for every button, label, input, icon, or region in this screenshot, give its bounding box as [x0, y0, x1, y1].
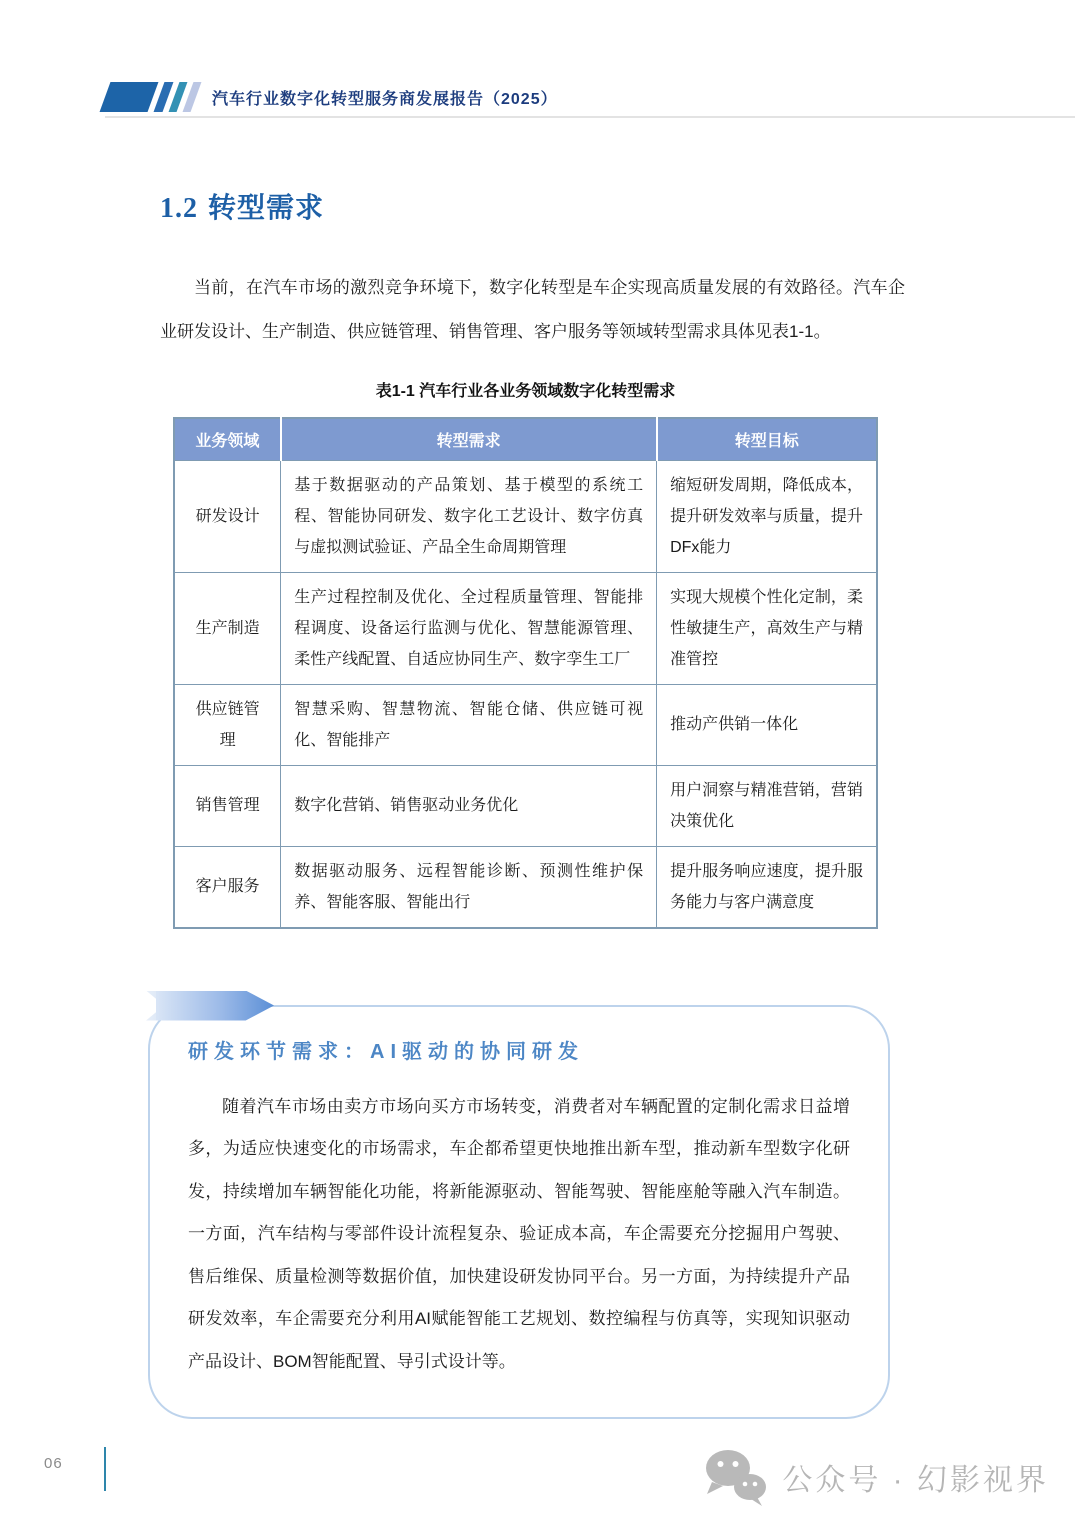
- row-domain: 客户服务: [174, 846, 281, 928]
- row-goals: 实现大规模个性化定制，柔性敏捷生产，高效生产与精准管控: [657, 572, 877, 684]
- section-title: 转型需求: [208, 192, 324, 223]
- section-number: 1.2: [160, 193, 198, 224]
- table-row: 研发设计 基于数据驱动的产品策划、基于模型的系统工程、智能协同研发、数字化工艺设…: [174, 460, 877, 572]
- intro-paragraph: 当前，在汽车市场的激烈竞争环境下，数字化转型是车企实现高质量发展的有效路径。汽车…: [160, 266, 905, 354]
- running-header: 汽车行业数字化转型服务商发展报告（2025）: [105, 84, 1075, 118]
- page-content: 1.2转型需求 当前，在汽车市场的激烈竞争环境下，数字化转型是车企实现高质量发展…: [160, 120, 905, 1419]
- table-row: 生产制造 生产过程控制及优化、全过程质量管理、智能排程调度、设备运行监测与优化、…: [174, 572, 877, 684]
- table-row: 销售管理 数字化营销、销售驱动业务优化 用户洞察与精准营销，营销决策优化: [174, 765, 877, 846]
- ribbon-arrow-icon: [156, 991, 274, 1021]
- header-business-domain: 业务领域: [174, 418, 281, 460]
- row-domain: 生产制造: [174, 572, 281, 684]
- footer-divider: [104, 1447, 106, 1491]
- section-heading: 1.2转型需求: [160, 186, 905, 226]
- table-header-row: 业务领域 转型需求 转型目标: [174, 418, 877, 460]
- table-row: 客户服务 数据驱动服务、远程智能诊断、预测性维护保养、智能客服、智能出行 提升服…: [174, 846, 877, 928]
- watermark-text: 公众号 · 幻影视界: [782, 1455, 1049, 1499]
- report-logo-icon: [105, 82, 196, 112]
- report-page: 汽车行业数字化转型服务商发展报告（2025） 1.2转型需求 当前，在汽车市场的…: [0, 0, 1075, 1518]
- header-transformation-goals: 转型目标: [657, 418, 877, 460]
- callout-body: 随着汽车市场由卖方市场向买方市场转变，消费者对车辆配置的定制化需求日益增多，为适…: [188, 1086, 850, 1384]
- page-number: 06: [44, 1455, 63, 1472]
- report-title: 汽车行业数字化转型服务商发展报告（2025）: [212, 86, 558, 109]
- row-needs: 智慧采购、智慧物流、智能仓储、供应链可视化、智能排产: [281, 684, 657, 765]
- row-needs: 数字化营销、销售驱动业务优化: [281, 765, 657, 846]
- logo-block: [100, 82, 159, 112]
- row-goals: 提升服务响应速度，提升服务能力与客户满意度: [657, 846, 877, 928]
- row-goals: 推动产供销一体化: [657, 684, 877, 765]
- transformation-needs-table: 业务领域 转型需求 转型目标 研发设计 基于数据驱动的产品策划、基于模型的系统工…: [173, 417, 878, 929]
- table-row: 供应链管理 智慧采购、智慧物流、智能仓储、供应链可视化、智能排产 推动产供销一体…: [174, 684, 877, 765]
- row-needs: 数据驱动服务、远程智能诊断、预测性维护保养、智能客服、智能出行: [281, 846, 657, 928]
- row-domain: 研发设计: [174, 460, 281, 572]
- header-transformation-needs: 转型需求: [281, 418, 657, 460]
- table-caption: 表1-1 汽车行业各业务领域数字化转型需求: [173, 378, 878, 401]
- row-goals: 用户洞察与精准营销，营销决策优化: [657, 765, 877, 846]
- watermark: 公众号 · 幻影视界: [704, 1448, 1049, 1506]
- row-needs: 生产过程控制及优化、全过程质量管理、智能排程调度、设备运行监测与优化、智慧能源管…: [281, 572, 657, 684]
- rd-needs-callout: 研发环节需求：AI驱动的协同研发 随着汽车市场由卖方市场向买方市场转变，消费者对…: [148, 1005, 890, 1420]
- row-needs: 基于数据驱动的产品策划、基于模型的系统工程、智能协同研发、数字化工艺设计、数字仿…: [281, 460, 657, 572]
- callout-title: 研发环节需求：AI驱动的协同研发: [188, 1035, 850, 1064]
- wechat-icon: [704, 1448, 768, 1506]
- row-goals: 缩短研发周期，降低成本，提升研发效率与质量，提升DFx能力: [657, 460, 877, 572]
- row-domain: 销售管理: [174, 765, 281, 846]
- row-domain: 供应链管理: [174, 684, 281, 765]
